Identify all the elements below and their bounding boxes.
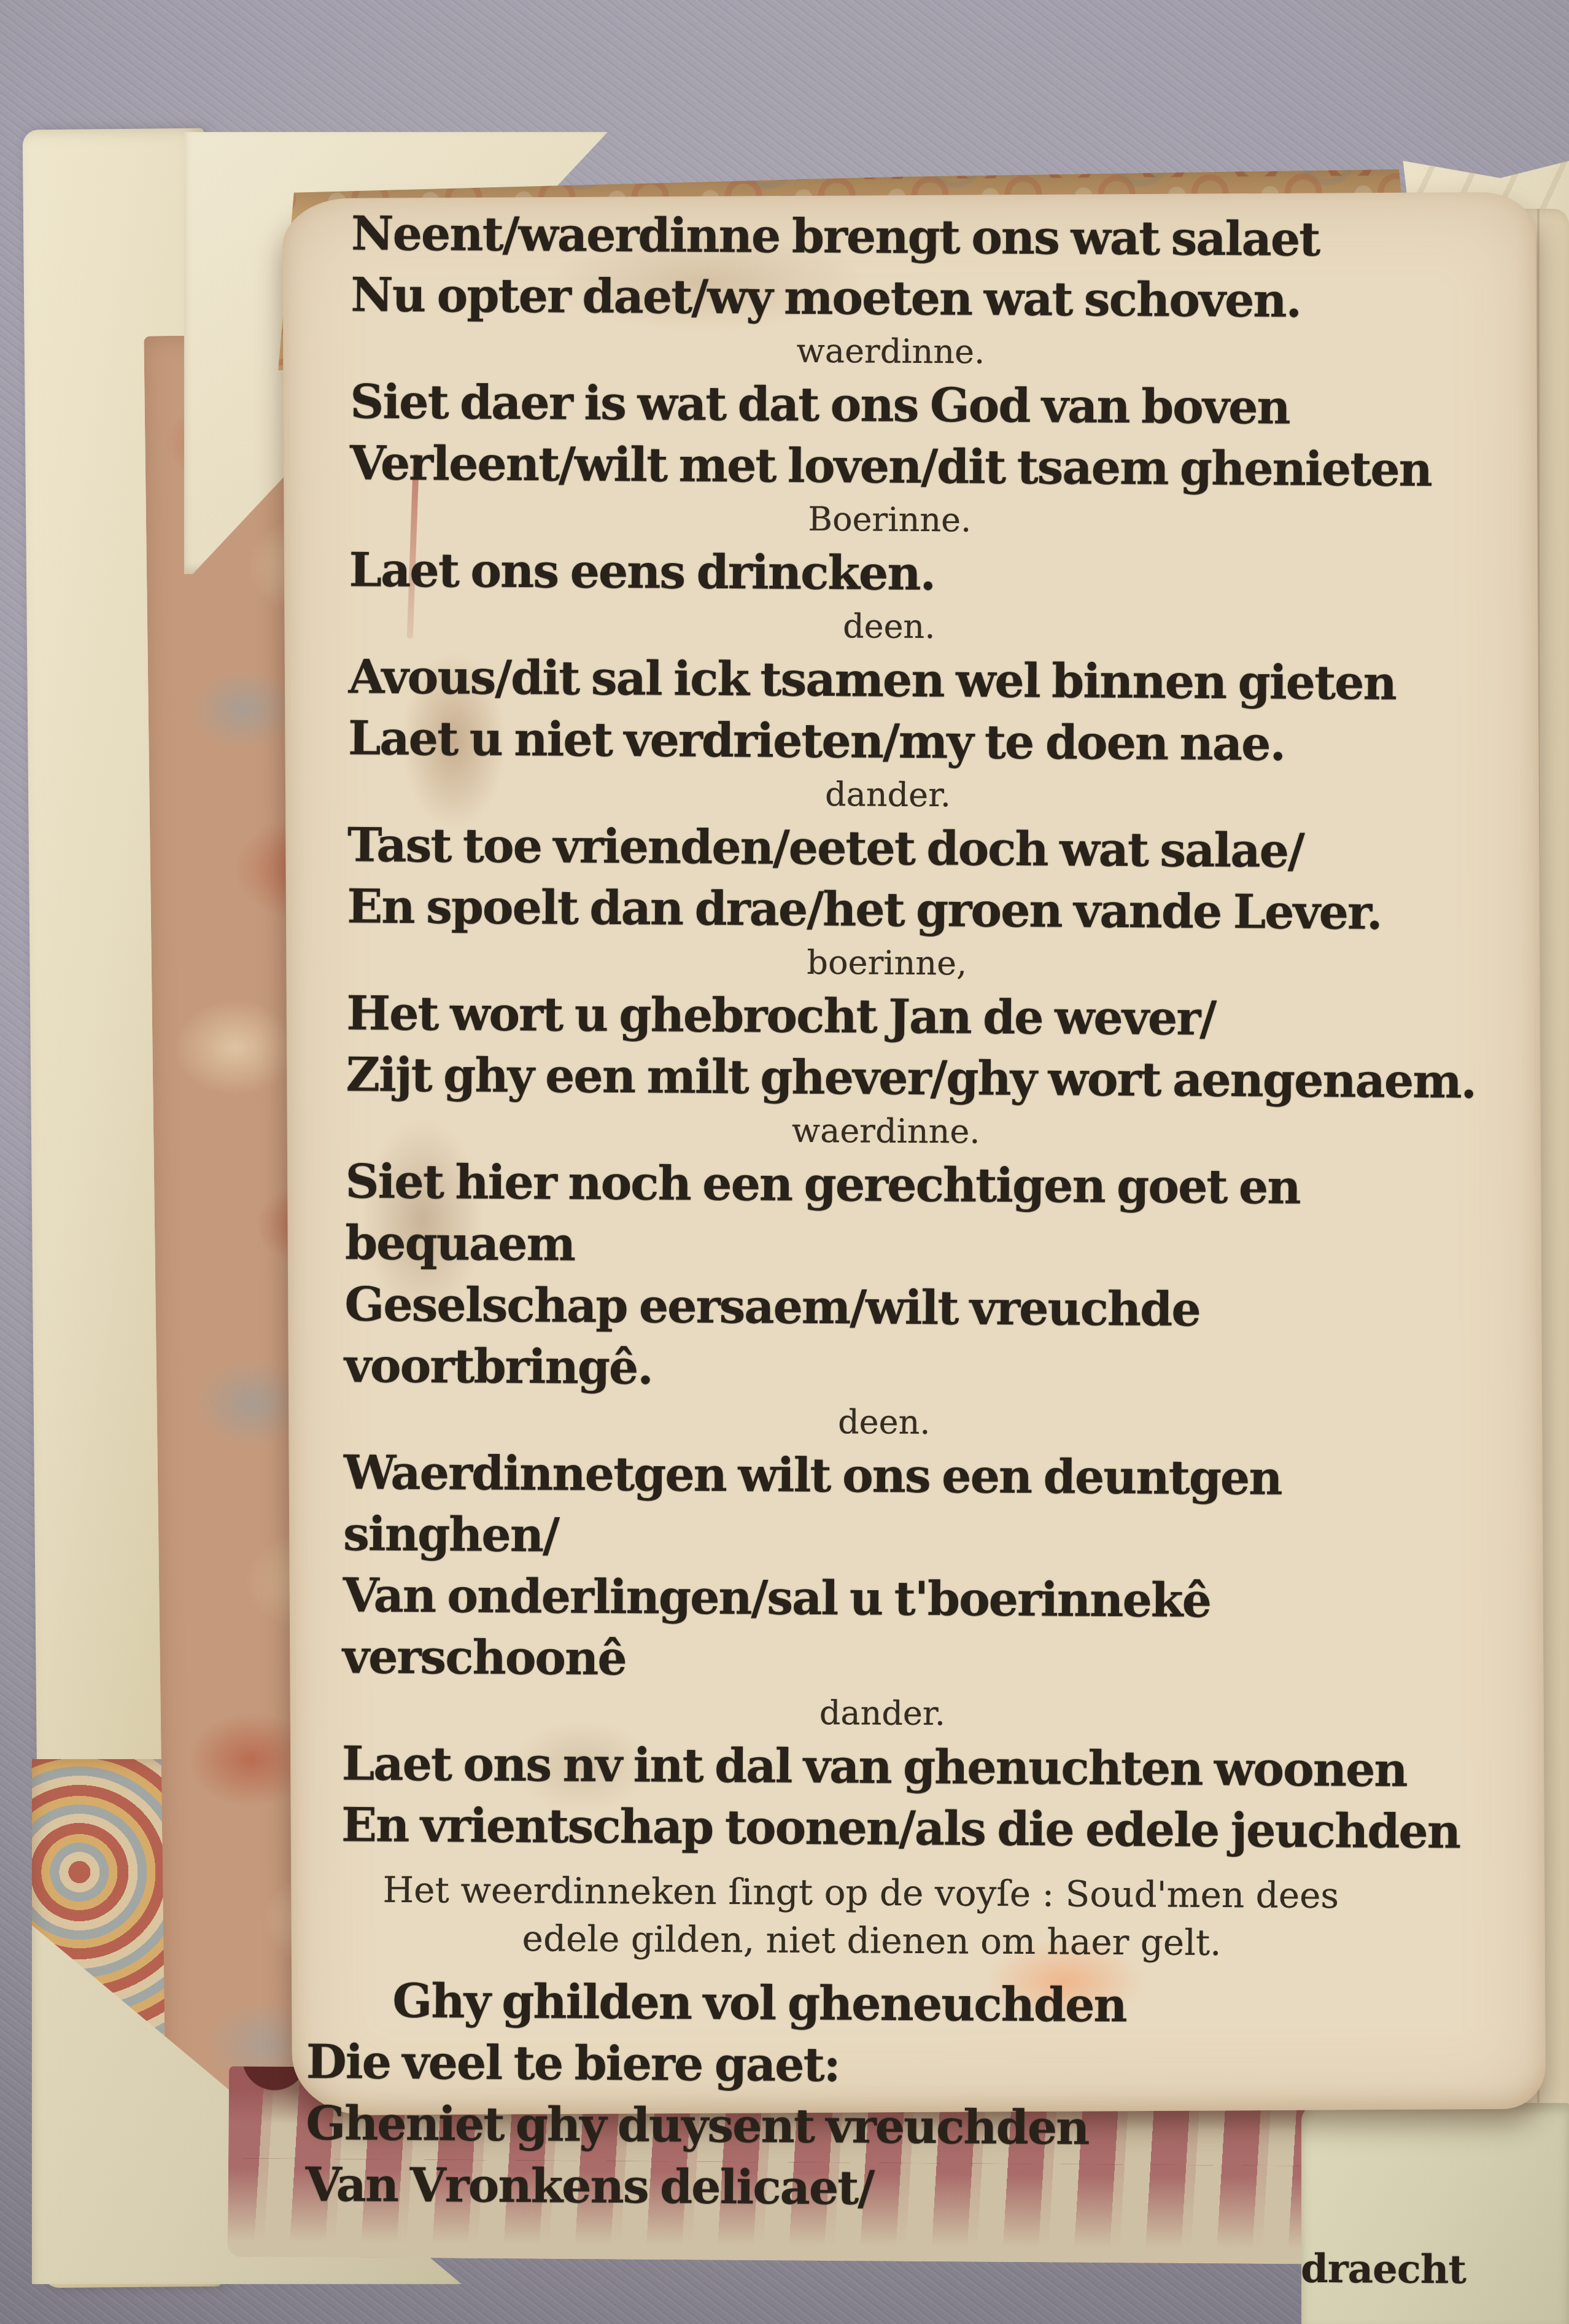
verse-line: Zijt ghy een milt ghever/ghy wort aengen…: [346, 1044, 1494, 1112]
verse-line: Waerdinnetgen wilt ons een deuntgen sing…: [343, 1442, 1492, 1571]
verse-line: Laet u niet verdrieten/my te doen nae.: [348, 707, 1497, 775]
verse-line: Gheniet ghy duysent vreuchden: [306, 2093, 1488, 2161]
verse-line: En spoelt dan drae/het groen vande Lever…: [347, 876, 1495, 944]
verse-line: Laet ons eens drincken.: [349, 539, 1497, 607]
verse-line: Siet hier noch een gerechtigen goet en b…: [345, 1151, 1493, 1280]
verse-line: Laet ons nv int dal van ghenuchten woone…: [342, 1733, 1490, 1801]
speaker-label: Boerinne.: [316, 494, 1463, 546]
verse-line: En vrientschap toonen/als die edele jeuc…: [341, 1794, 1490, 1862]
verse-line: Van Vronkens delicaet/: [305, 2154, 1487, 2223]
speaker-label: waerdinne.: [317, 325, 1465, 378]
verse-line: Tast toe vrienden/eetet doch wat salae/: [347, 814, 1496, 882]
verse-line: Siet daer is wat dat ons God van boven: [350, 371, 1498, 439]
verse-line: Verleent/wilt met loven/dit tsaem ghenie…: [350, 432, 1498, 500]
speaker-label: deen.: [310, 1396, 1458, 1448]
verse-line: Het wort u ghebrocht Jan de wever/: [346, 982, 1495, 1051]
speaker-label: deen.: [315, 600, 1463, 653]
verse-line: Avous/dit sal ick tsamen wel binnen giet…: [348, 646, 1497, 714]
stage-direction: edele gilden, niet dienen om haer gelt.: [298, 1913, 1446, 1968]
verse-line: Van onderlingen/sal u t'boerinnekê versc…: [343, 1564, 1491, 1694]
speaker-label: dander.: [314, 769, 1462, 821]
verse-line: Neent/waerdinne brengt ons wat salaet: [351, 203, 1500, 271]
page-text: Neent/waerdinne brengt ons wat salaet Nu…: [339, 203, 1500, 2301]
verse-line: Geselschap eersaem/wilt vreuchde voortbr…: [344, 1273, 1493, 1403]
verse-line: Die veel te biere gaet:: [306, 2031, 1489, 2100]
catchword: draecht: [339, 2233, 1487, 2301]
speaker-label: dander.: [308, 1687, 1456, 1739]
stage-direction: Het weerdinneken ſingt op de voyſe : Sou…: [341, 1865, 1489, 1920]
verse-line: Ghy ghilden vol gheneuchden: [306, 1970, 1489, 2038]
speaker-label: boerinne,: [313, 937, 1461, 989]
photo-of-antique-songbook: Neent/waerdinne brengt ons wat salaet Nu…: [0, 0, 1569, 2324]
speaker-label: waerdinne.: [312, 1105, 1460, 1157]
verse-line: Nu opter daet/wy moeten wat schoven.: [351, 264, 1499, 332]
